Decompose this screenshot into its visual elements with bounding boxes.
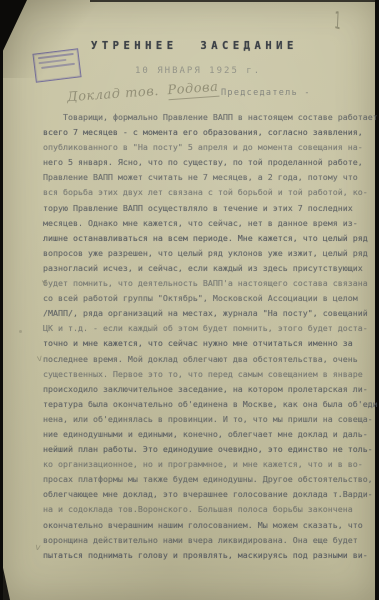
text-line: опубликованного в "На посту" 5 апреля и … — [43, 140, 371, 155]
text-line: /МАПП/, ряда организаций на местах, журн… — [43, 306, 371, 321]
text-line: лишне останавливаться на всем периоде. М… — [43, 231, 371, 246]
text-line: всего 7 месяцев - с момента его образова… — [43, 125, 371, 140]
text-line: торую Правление ВАПП осуществляло в тече… — [43, 201, 371, 216]
text-line: месяцев. Однако мне кажется, что сейчас,… — [43, 216, 371, 231]
text-line: вопросов уже разрешен, что целый ряд укл… — [43, 246, 371, 261]
text-line: будет помнить, что деятельность ВАПП'а н… — [43, 276, 371, 291]
session-title: УТРЕННЕЕ ЗАСЕДАНИЕ — [91, 40, 351, 52]
pencil-dot-mark — [19, 330, 22, 333]
text-line: окончательно вчерашним нашим голосование… — [43, 518, 371, 533]
text-line: со всей работой группы "Октябрь", Москов… — [43, 291, 371, 306]
text-line: просах платформы мы также будем единодуш… — [43, 472, 371, 487]
photo-edge-top — [90, 0, 379, 2]
text-line: него 5 января. Ясно, что по существу, по… — [43, 155, 371, 170]
text-line: разногласий исчез, и сейчас, если каждый… — [43, 261, 371, 276]
body-text: Товарищи, формально Правление ВАПП в нас… — [43, 110, 371, 563]
document-page: УТРЕННЕЕ ЗАСЕДАНИЕ 10 ЯНВАРЯ 1925 г. Док… — [3, 0, 375, 600]
handwritten-note: Доклад тов. Родова — [67, 80, 219, 106]
text-line: вся борьба этих двух лет связана с той б… — [43, 185, 371, 200]
text-line: существенных. Первое это то, что перед с… — [43, 367, 371, 382]
text-line: тература была окончательно об'единена в … — [43, 397, 371, 412]
text-line: на и содоклада тов.Воронского. Большая п… — [43, 502, 371, 517]
text-line: нена, или об'единялась в провинции. И то… — [43, 412, 371, 427]
stamp-text-line — [38, 53, 74, 59]
text-line: точно и мне кажется, что сейчас нужно мн… — [43, 336, 371, 351]
handwritten-speaker-name: Родова — [167, 80, 219, 101]
session-date: 10 ЯНВАРЯ 1925 г. — [135, 66, 261, 76]
pencil-checkmark-icon: v — [36, 354, 43, 365]
text-line: последнее время. Мой доклад облегчают дв… — [43, 352, 371, 367]
photo-of-document: { "photo": { "background_color": "#0d0c0… — [0, 0, 379, 600]
text-line: ние единодушными и едиными, конечно, обл… — [43, 427, 371, 442]
stamp-text-line — [41, 63, 75, 69]
archive-stamp — [32, 48, 81, 82]
text-line: Товарищи, формально Правление ВАПП в нас… — [43, 110, 371, 125]
text-line: Правление ВАПП может считать не 7 месяце… — [43, 170, 371, 185]
pencil-checkmark-icon: v — [34, 543, 41, 554]
handwritten-note-prefix: Доклад тов. — [67, 84, 160, 105]
text-line: происходило заключительное заседание, на… — [43, 382, 371, 397]
text-line: пытаться поднимать голову и проявлять, м… — [43, 548, 371, 563]
text-line: ко организационное, но и программное, и … — [43, 457, 371, 472]
pencil-page-number: 1 — [334, 6, 342, 35]
text-line: нейший план работы. Это единодушие очеви… — [43, 442, 371, 457]
text-line: облегчающее мне доклад, это вчерашнее го… — [43, 487, 371, 502]
chairman-label: Председатель - — [221, 88, 311, 98]
text-line: воронщина действительно нами вчера ликви… — [43, 533, 371, 548]
text-line: ЦК и т.д. - если каждый об этом будет по… — [43, 321, 371, 336]
